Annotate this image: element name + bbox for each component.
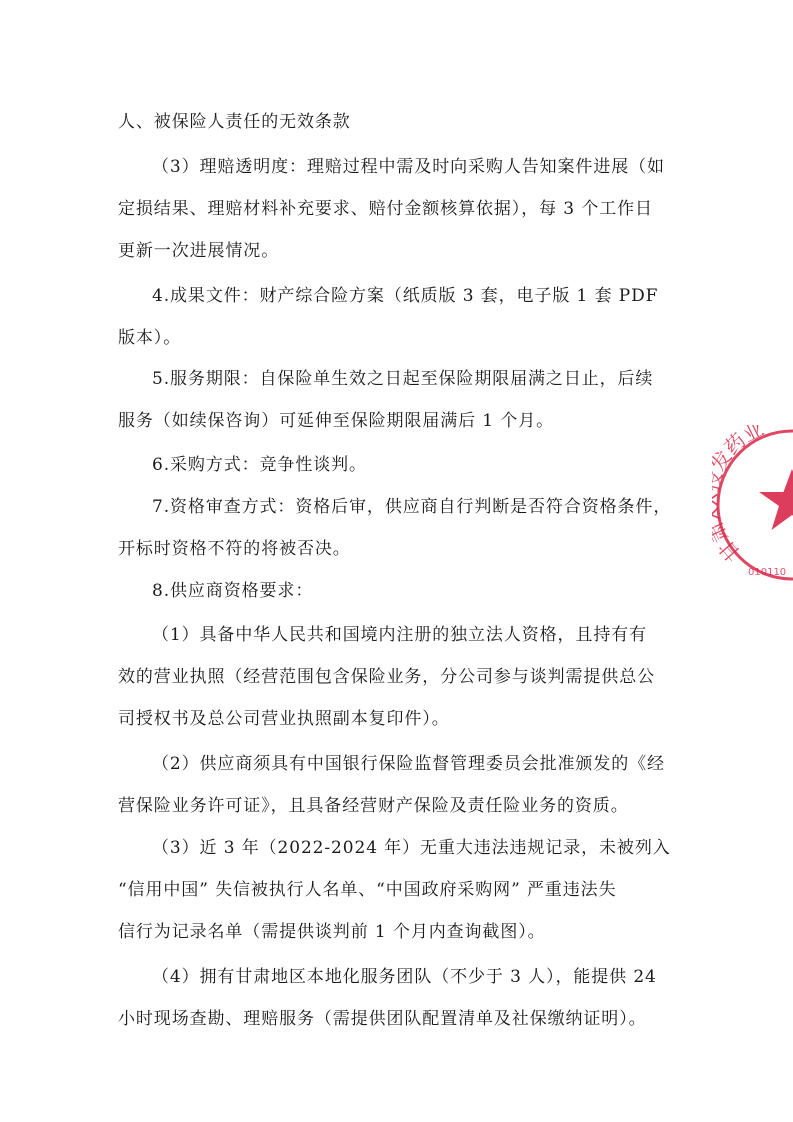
text-line: 更新一次进展情况。	[118, 241, 279, 261]
text-line: 开标时资格不符的将被否决。	[118, 539, 351, 559]
text-line: 司授权书及总公司营业执照副本复印件）。	[118, 709, 450, 729]
svg-text:甘肃XX投发药业: 甘肃XX投发药业	[712, 425, 767, 566]
text-line: 人、被保险人责任的无效条款	[118, 112, 351, 132]
seal-icon: 甘肃XX投发药业 010110	[712, 425, 793, 585]
text-line: （3）理赔透明度：理赔过程中需及时向采购人告知案件进展（如	[152, 157, 665, 177]
text-line: “信用中国” 失信被执行人名单、“中国政府采购网” 严重违法失	[118, 880, 616, 900]
text-line: 信行为记录名单（需提供谈判前 1 个月内查询截图）。	[118, 922, 546, 942]
text-line: 营保险业务许可证》，且具备经营财产保险及责任险业务的资质。	[118, 796, 629, 816]
text-line: （1）具备中华人民共和国境内注册的独立法人资格，且持有有	[152, 625, 647, 645]
text-line: 7.资格审查方式：资格后审，供应商自行判断是否符合资格条件，	[152, 497, 671, 517]
text-line: （2）供应商须具有中国银行保险监督管理委员会批准颁发的《经	[152, 754, 665, 774]
seal-text: 甘肃XX投发药业	[712, 425, 767, 566]
text-line: （4）拥有甘肃地区本地化服务团队（不少于 3 人），能提供 24	[152, 967, 657, 987]
text-line: 4.成果文件：财产综合险方案（纸质版 3 套，电子版 1 套 PDF	[152, 286, 658, 306]
text-line: 定损结果、理赔材料补充要求、赔付金额核算依据），每 3 个工作日	[118, 199, 653, 219]
text-line: 效的营业执照（经营范围包含保险业务，分公司参与谈判需提供总公	[118, 667, 655, 687]
star-icon	[759, 469, 793, 530]
text-line: 服务（如续保咨询）可延伸至保险期限届满后 1 个月。	[118, 411, 554, 431]
text-line: 8.供应商资格要求：	[152, 581, 313, 601]
text-line: （3）近 3 年（2022-2024 年）无重大违法违规记录，未被列入	[152, 838, 671, 858]
company-seal-stamp: 甘肃XX投发药业 010110	[712, 425, 793, 585]
text-line: 版本）。	[118, 328, 181, 348]
document-page: 人、被保险人责任的无效条款 （3）理赔透明度：理赔过程中需及时向采购人告知案件进…	[0, 0, 793, 1122]
seal-code: 010110	[748, 567, 786, 578]
text-line: 小时现场查勘、理赔服务（需提供团队配置清单及社保缴纳证明）。	[118, 1009, 647, 1029]
text-line: 5.服务期限：自保险单生效之日起至保险期限届满之日止，后续	[152, 369, 653, 389]
text-line: 6.采购方式：竞争性谈判。	[152, 455, 367, 475]
